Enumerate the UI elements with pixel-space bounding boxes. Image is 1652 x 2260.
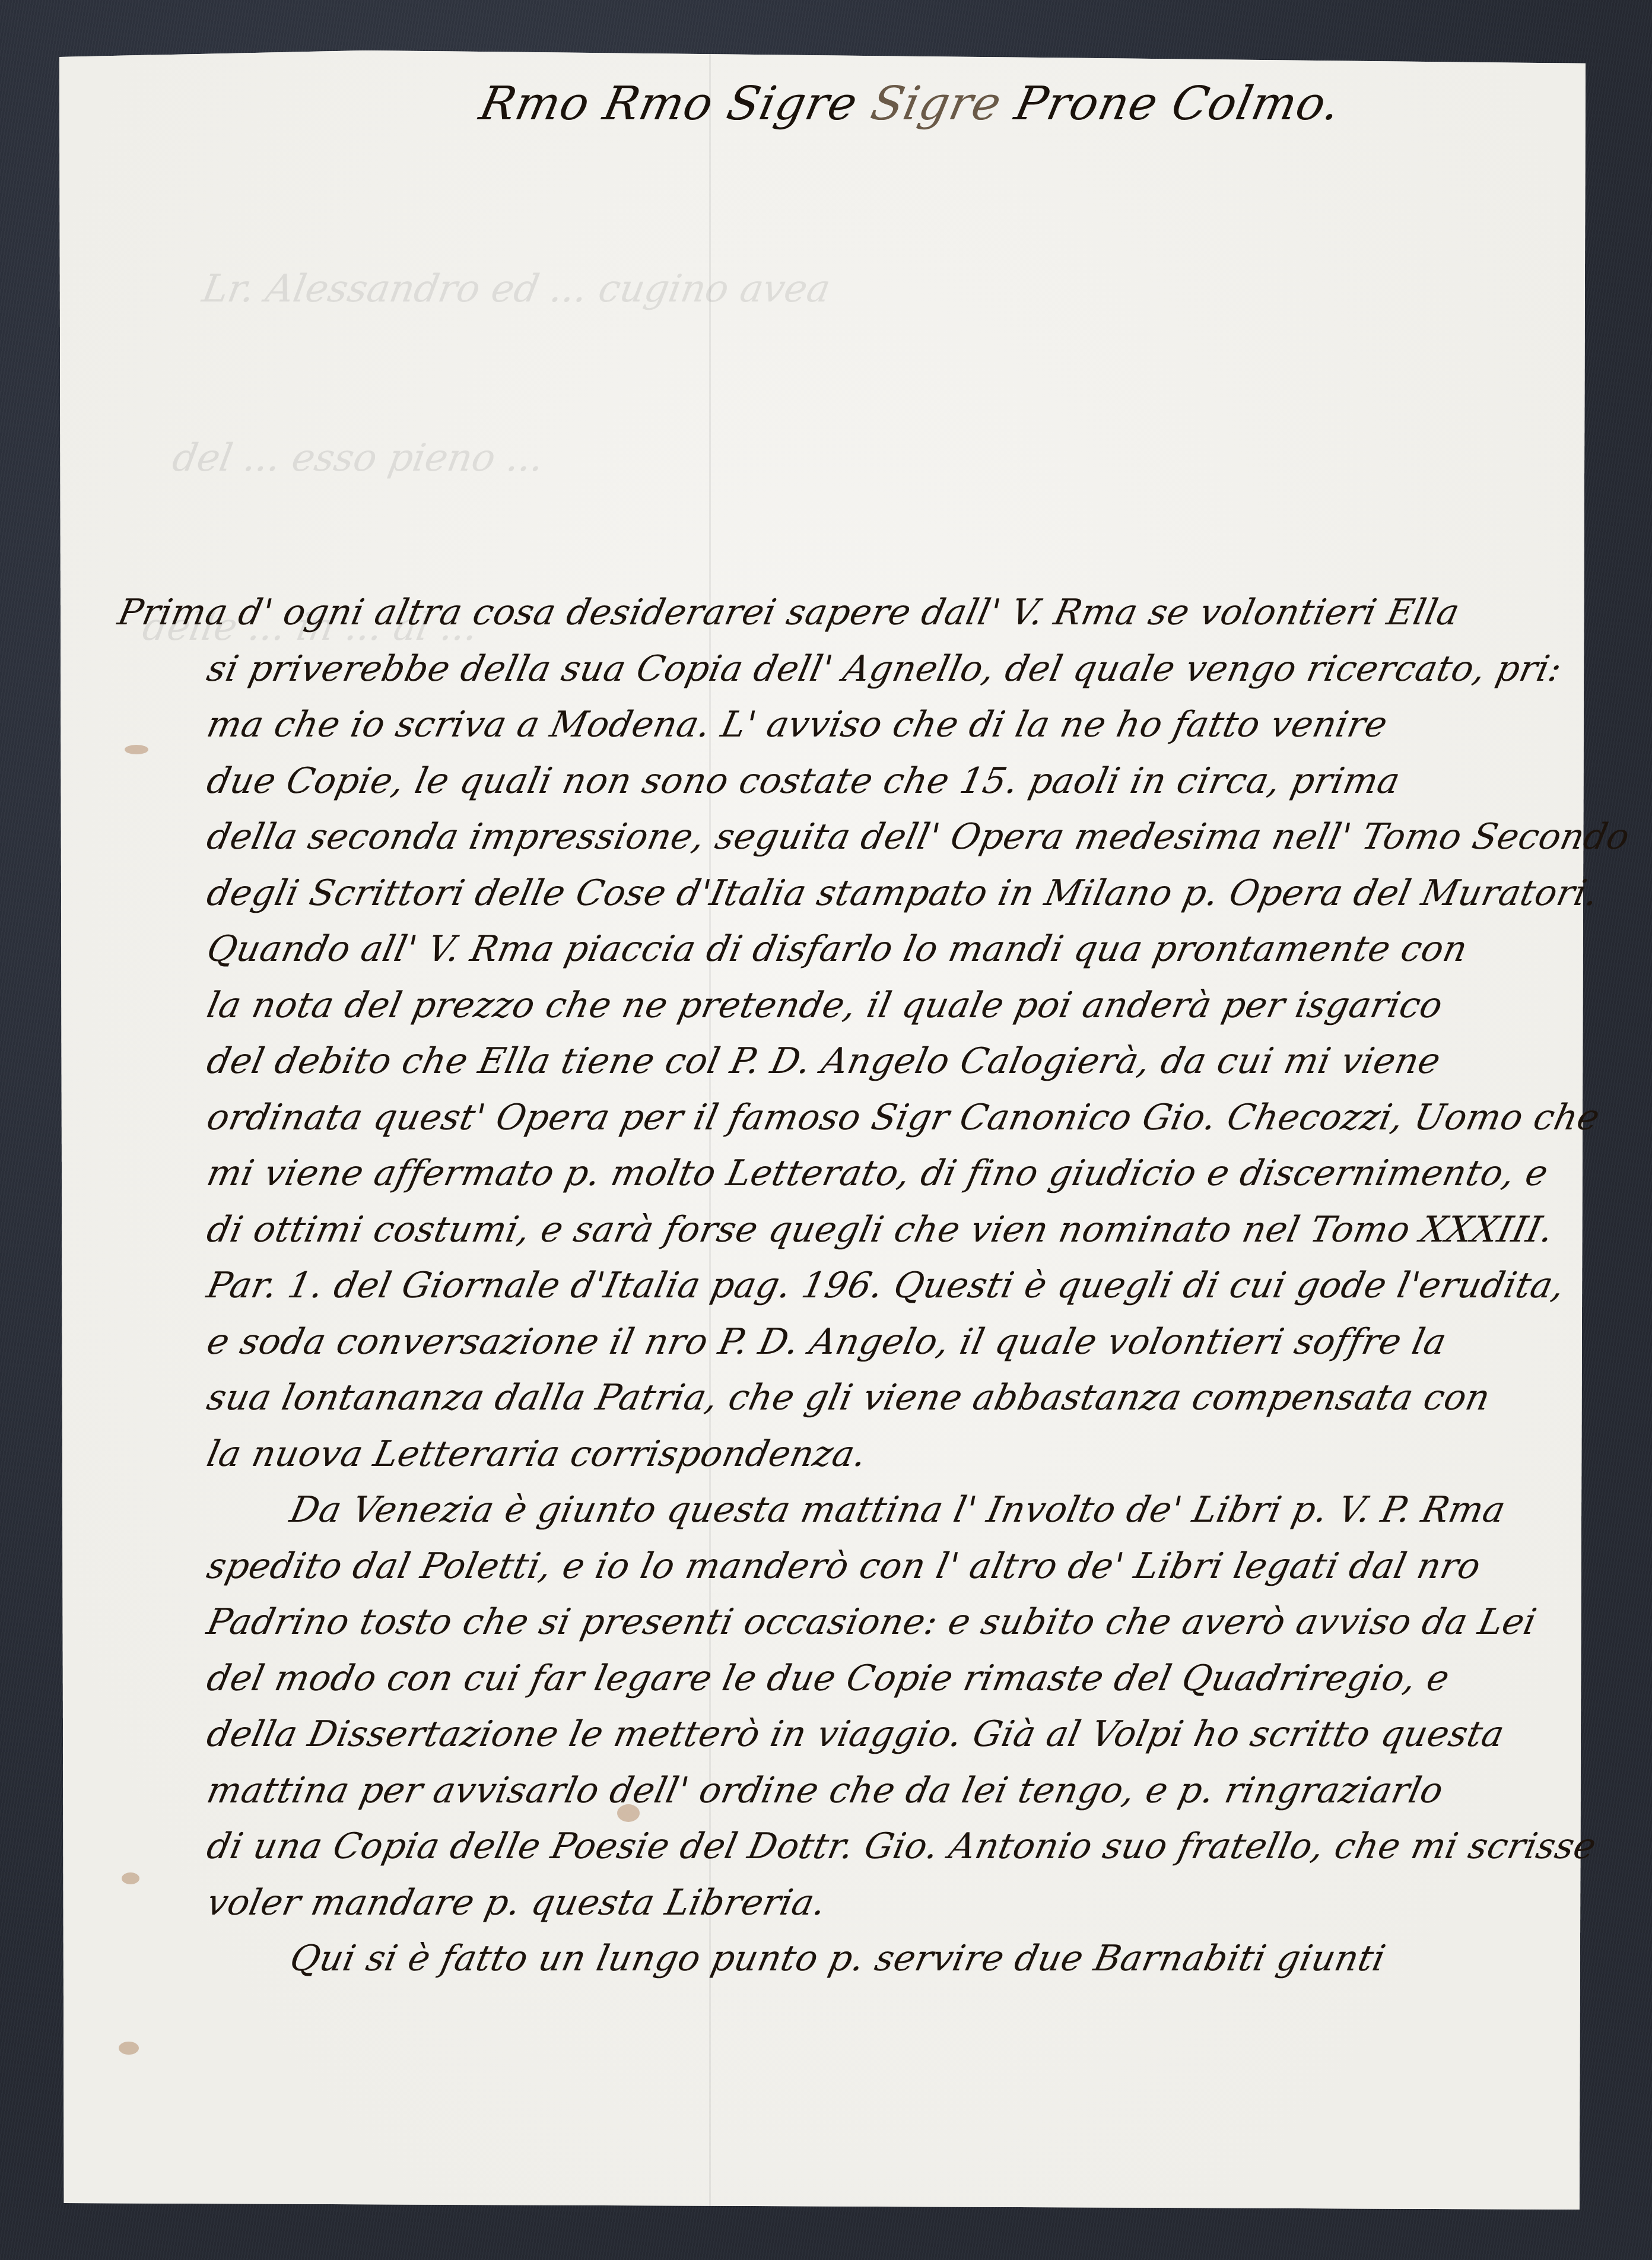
letter-line: ma che io scriva a Modena. L' avviso che… bbox=[113, 697, 1572, 753]
salutation-part: Rmo Rmo Sigre bbox=[475, 77, 862, 131]
letter-line: Quando all' V. Rma piaccia di disfarlo l… bbox=[113, 921, 1572, 977]
letter-line: ordinata quest' Opera per il famoso Sigr… bbox=[113, 1090, 1572, 1146]
ink-stain bbox=[119, 2042, 139, 2055]
letter-line: Par. 1. del Giornale d'Italia pag. 196. … bbox=[113, 1258, 1572, 1314]
salutation-part-faded: Sigre bbox=[866, 77, 1006, 131]
letter-line: del modo con cui far legare le due Copie… bbox=[113, 1650, 1572, 1707]
letter-line: si priverebbe della sua Copia dell' Agne… bbox=[113, 641, 1572, 697]
bleed-through-line: Lr. Alessandro ed ... cugino avea bbox=[198, 261, 835, 318]
letter-line: Padrino tosto che si presenti occasione:… bbox=[113, 1594, 1572, 1650]
letter-line: e soda conversazione il nro P. D. Angelo… bbox=[113, 1314, 1572, 1370]
letter-line: la nuova Letteraria corrispondenza. bbox=[113, 1426, 1572, 1483]
letter-line-paragraph-start: Da Venezia è giunto questa mattina l' In… bbox=[113, 1482, 1572, 1538]
letter-line-paragraph-start: Qui si è fatto un lungo punto p. servire… bbox=[113, 1931, 1572, 1987]
letter-line: degli Scrittori delle Cose d'Italia stam… bbox=[113, 865, 1572, 922]
letter-line: mattina per avvisarlo dell' ordine che d… bbox=[113, 1763, 1572, 1819]
letter-line: spedito dal Poletti, e io lo manderò con… bbox=[113, 1538, 1572, 1595]
letter-line: di una Copia delle Poesie del Dottr. Gio… bbox=[113, 1818, 1572, 1875]
letter-line: di ottimi costumi, e sarà forse quegli c… bbox=[113, 1202, 1572, 1258]
letter-line: la nota del prezzo che ne pretende, il q… bbox=[113, 977, 1572, 1034]
letter-salutation: Rmo Rmo Sigre Sigre Prone Colmo. bbox=[475, 77, 1345, 131]
letter-line: del debito che Ella tiene col P. D. Ange… bbox=[113, 1033, 1572, 1090]
letter-body: Prima d' ogni altra cosa desiderarei sap… bbox=[113, 585, 1561, 1987]
letter-line: della seconda impressione, seguita dell'… bbox=[113, 809, 1572, 865]
letter-line: voler mandare p. questa Libreria. bbox=[113, 1875, 1572, 1931]
letter-line: Prima d' ogni altra cosa desiderarei sap… bbox=[113, 585, 1572, 641]
letter-line: sua lontananza dalla Patria, che gli vie… bbox=[113, 1370, 1572, 1426]
letter-line: due Copie, le quali non sono costate che… bbox=[113, 753, 1572, 810]
letter-line: mi viene affermato p. molto Letterato, d… bbox=[113, 1145, 1572, 1202]
letter-line: della Dissertazione le metterò in viaggi… bbox=[113, 1706, 1572, 1763]
bleed-through-line: del ... esso pieno ... bbox=[168, 430, 805, 487]
salutation-part: Prone Colmo. bbox=[1010, 77, 1345, 131]
